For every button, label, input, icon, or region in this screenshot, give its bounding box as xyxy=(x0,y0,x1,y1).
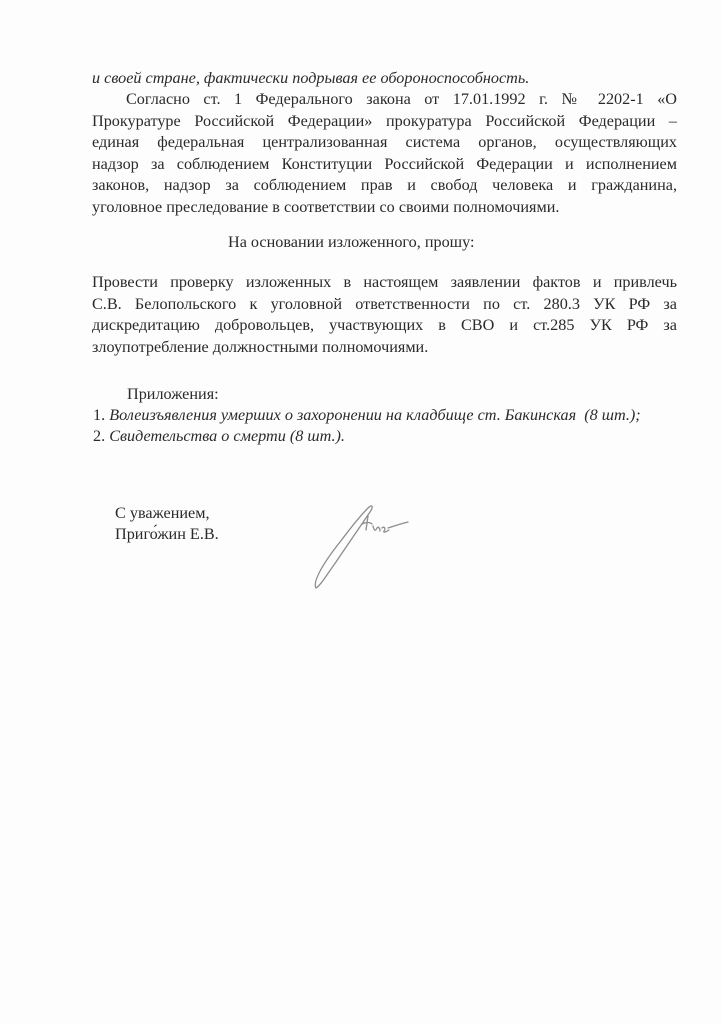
signature-icon xyxy=(300,490,420,600)
paragraph-request-line: дискредитацию добровольцев, участвующих … xyxy=(92,315,677,335)
paragraph-law-line: уголовное преследование в соответствии с… xyxy=(92,197,559,217)
closing-salutation: С уважением, xyxy=(115,503,210,523)
continuation-line: и своей стране, фактически подрывая ее о… xyxy=(92,68,529,88)
attachment-number: 1. xyxy=(93,406,105,424)
paragraph-law-line: Согласно ст. 1 Федерального закона от 17… xyxy=(126,89,677,109)
attachments-heading: Приложения: xyxy=(127,384,219,404)
paragraph-law-line: Прокуратуре Российской Федерации» прокур… xyxy=(92,111,677,131)
attachment-text: Волеизъявления умерших о захоронении на … xyxy=(109,406,640,424)
attachment-number: 2. xyxy=(93,427,105,445)
paragraph-law-line: законов, надзор за соблюдением прав и св… xyxy=(92,175,677,195)
closing-signer: Приго́жин Е.В. xyxy=(115,524,219,544)
document-page: и своей стране, фактически подрывая ее о… xyxy=(0,0,721,1024)
paragraph-law-line: единая федеральная централизованная сист… xyxy=(92,132,677,152)
paragraph-law-line: надзор за соблюдением Конституции Россий… xyxy=(92,154,677,174)
attachment-item: 2. Свидетельства о смерти (8 шт.). xyxy=(93,426,345,446)
request-heading: На основании изложенного, прошу: xyxy=(228,232,475,252)
paragraph-request-line: злоупотребление должностными полномочиям… xyxy=(92,337,428,357)
paragraph-request-line: С.В. Белопольского к уголовной ответстве… xyxy=(92,294,677,314)
attachment-item: 1. Волеизъявления умерших о захоронении … xyxy=(93,405,641,425)
paragraph-request-line: Провести проверку изложенных в настоящем… xyxy=(92,272,677,292)
attachment-text: Свидетельства о смерти (8 шт.). xyxy=(109,427,345,445)
